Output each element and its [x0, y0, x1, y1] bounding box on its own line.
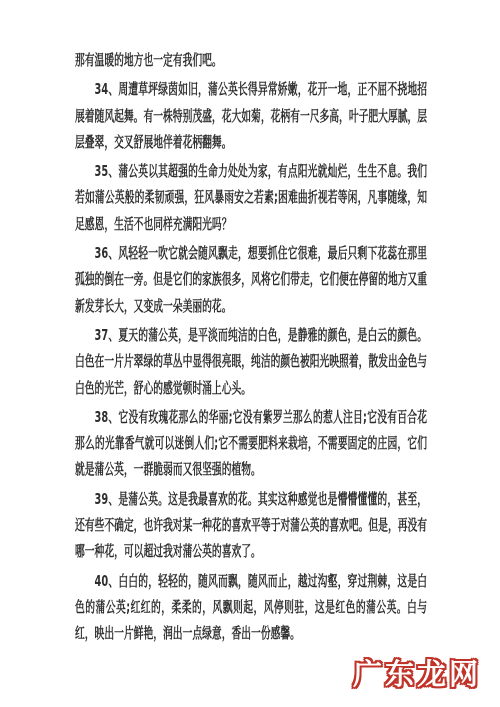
text-column: 那有温暖的地方也一定有我们吧。 34、周遭草坪绿茵如旧，蒲公英长得异常娇嫩，花开…: [75, 47, 427, 650]
paragraph-35: 35、蒲公英以其超强的生命力处处为家，有点阳光就灿烂，生生不息。我们若如蒲公英般…: [75, 158, 427, 237]
paragraph-40: 40、白白的，轻轻的，随风而飘，随风而止，越过沟壑，穿过荆棘，这是白色的蒲公英;…: [75, 568, 427, 647]
paragraph-39: 39、是蒲公英。这是我最喜欢的花。其实这种感觉也是懵懵懂懂的，甚至，还有些不确定…: [75, 486, 427, 565]
paragraph-34: 34、周遭草坪绿茵如旧，蒲公英长得异常娇嫩，花开一地，正不屈不挠地招展着随风起舞…: [75, 76, 427, 155]
document-page: 那有温暖的地方也一定有我们吧。 34、周遭草坪绿茵如旧，蒲公英长得异常娇嫩，花开…: [0, 0, 500, 707]
paragraph-36: 36、风轻轻一吹它就会随风飘走，想要抓住它很难，最后只剩下花蕊在那里孤独的倒在一…: [75, 240, 427, 319]
site-logo-watermark: 广东龙网: [353, 652, 481, 693]
paragraph-38: 38、它没有玫瑰花那么的华丽;它没有紫罗兰那么的惹人注目;它没有百合花那么的光靠…: [75, 404, 427, 483]
paragraph-37: 37、夏天的蒲公英，是平淡而纯洁的白色，是静雅的颜色，是白云的颜色。白色在一片片…: [75, 322, 427, 401]
paragraph-continuation: 那有温暖的地方也一定有我们吧。: [75, 47, 427, 73]
